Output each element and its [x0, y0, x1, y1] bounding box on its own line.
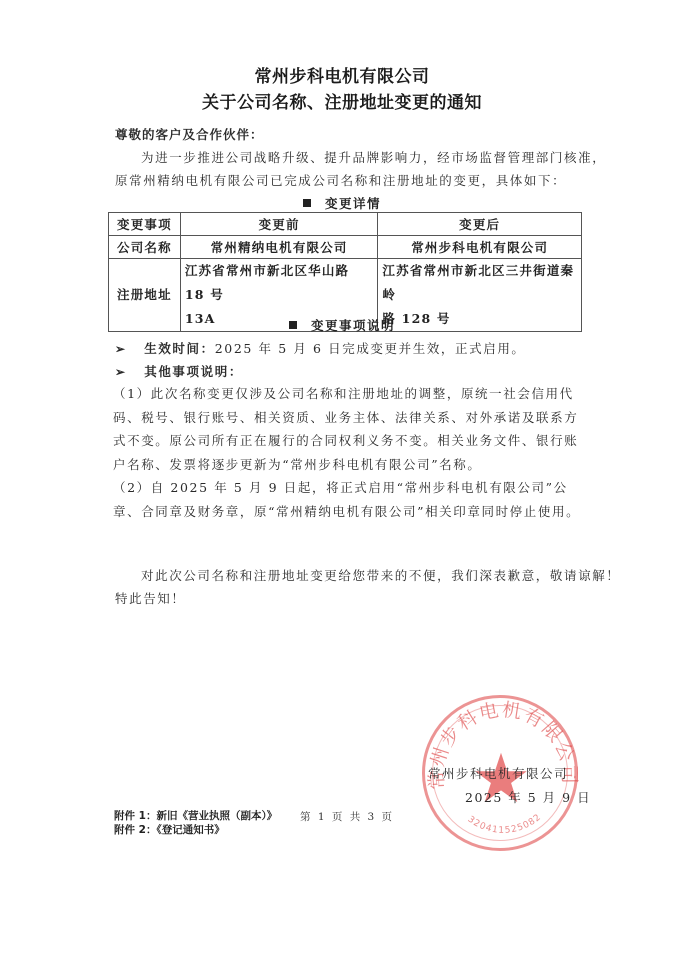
closing-line-2: 特此告知！ [115, 589, 186, 607]
cell-after: 常州步科电机有限公司 [378, 236, 582, 259]
effective-date-item: ➢ 生效时间：2025 年 5 月 6 日完成变更并生效，正式启用。 [115, 339, 526, 357]
attachment-2: 附件 2：《登记通知书》 [114, 822, 225, 837]
closing-line-1: 对此次公司名称和注册地址变更给您带来的不便，我们深表歉意，敬请谅解！ [141, 566, 620, 584]
note-1: （1）此次名称变更仅涉及公司名称和注册地址的调整，原统一社会信用代码、税号、银行… [113, 382, 583, 476]
intro-line-2: 原常州精纳电机有限公司已完成公司名称和注册地址的变更，具体如下： [115, 171, 566, 189]
salutation: 尊敬的客户及合作伙伴： [115, 125, 264, 143]
header-cell-after: 变更后 [378, 213, 582, 236]
cell-after-line-1: 江苏省常州市新北区三井街道秦岭 [382, 259, 577, 307]
cell-before-line-1: 江苏省常州市新北区华山路 18 号 [185, 259, 374, 307]
document-title: 常州步科电机有限公司 [0, 62, 684, 87]
section-heading-text: 变更事项说明 [311, 318, 395, 333]
signature-date: 2025 年 5 月 9 日 [465, 788, 591, 806]
square-bullet-icon [289, 321, 297, 329]
header-cell-before: 变更前 [180, 213, 378, 236]
other-notes-label: 其他事项说明： [144, 364, 243, 379]
effective-date-text: 2025 年 5 月 6 日完成变更并生效，正式启用。 [215, 341, 526, 356]
cell-before: 常州精纳电机有限公司 [180, 236, 378, 259]
square-bullet-icon [303, 199, 311, 207]
changes-table: 变更事项 变更前 变更后 公司名称 常州精纳电机有限公司 常州步科电机有限公司 … [108, 212, 582, 332]
signature-company: 常州步科电机有限公司 [428, 764, 568, 782]
effective-date-label: 生效时间： [144, 341, 215, 356]
note-2: （2）自 2025 年 5 月 9 日起，将正式启用“常州步科电机有限公司”公章… [113, 476, 583, 523]
cell-item: 公司名称 [109, 236, 181, 259]
table-header-row: 变更事项 变更前 变更后 [109, 213, 582, 236]
table-row: 公司名称 常州精纳电机有限公司 常州步科电机有限公司 [109, 236, 582, 259]
document-subtitle: 关于公司名称、注册地址变更的通知 [0, 88, 684, 113]
page-number: 第 1 页 共 3 页 [300, 809, 394, 824]
arrow-bullet-icon: ➢ [115, 365, 127, 379]
section-heading-details: 变更详情 [0, 194, 684, 212]
attachment-1: 附件 1：新旧《营业执照（副本）》 [114, 808, 277, 823]
other-notes-item: ➢ 其他事项说明： [115, 362, 243, 380]
arrow-bullet-icon: ➢ [115, 342, 127, 356]
section-heading-notes: 变更事项说明 [0, 316, 684, 334]
section-heading-text: 变更详情 [325, 196, 381, 211]
intro-line-1: 为进一步推进公司战略升级、提升品牌影响力，经市场监督管理部门核准， [141, 148, 606, 166]
header-cell-item: 变更事项 [109, 213, 181, 236]
